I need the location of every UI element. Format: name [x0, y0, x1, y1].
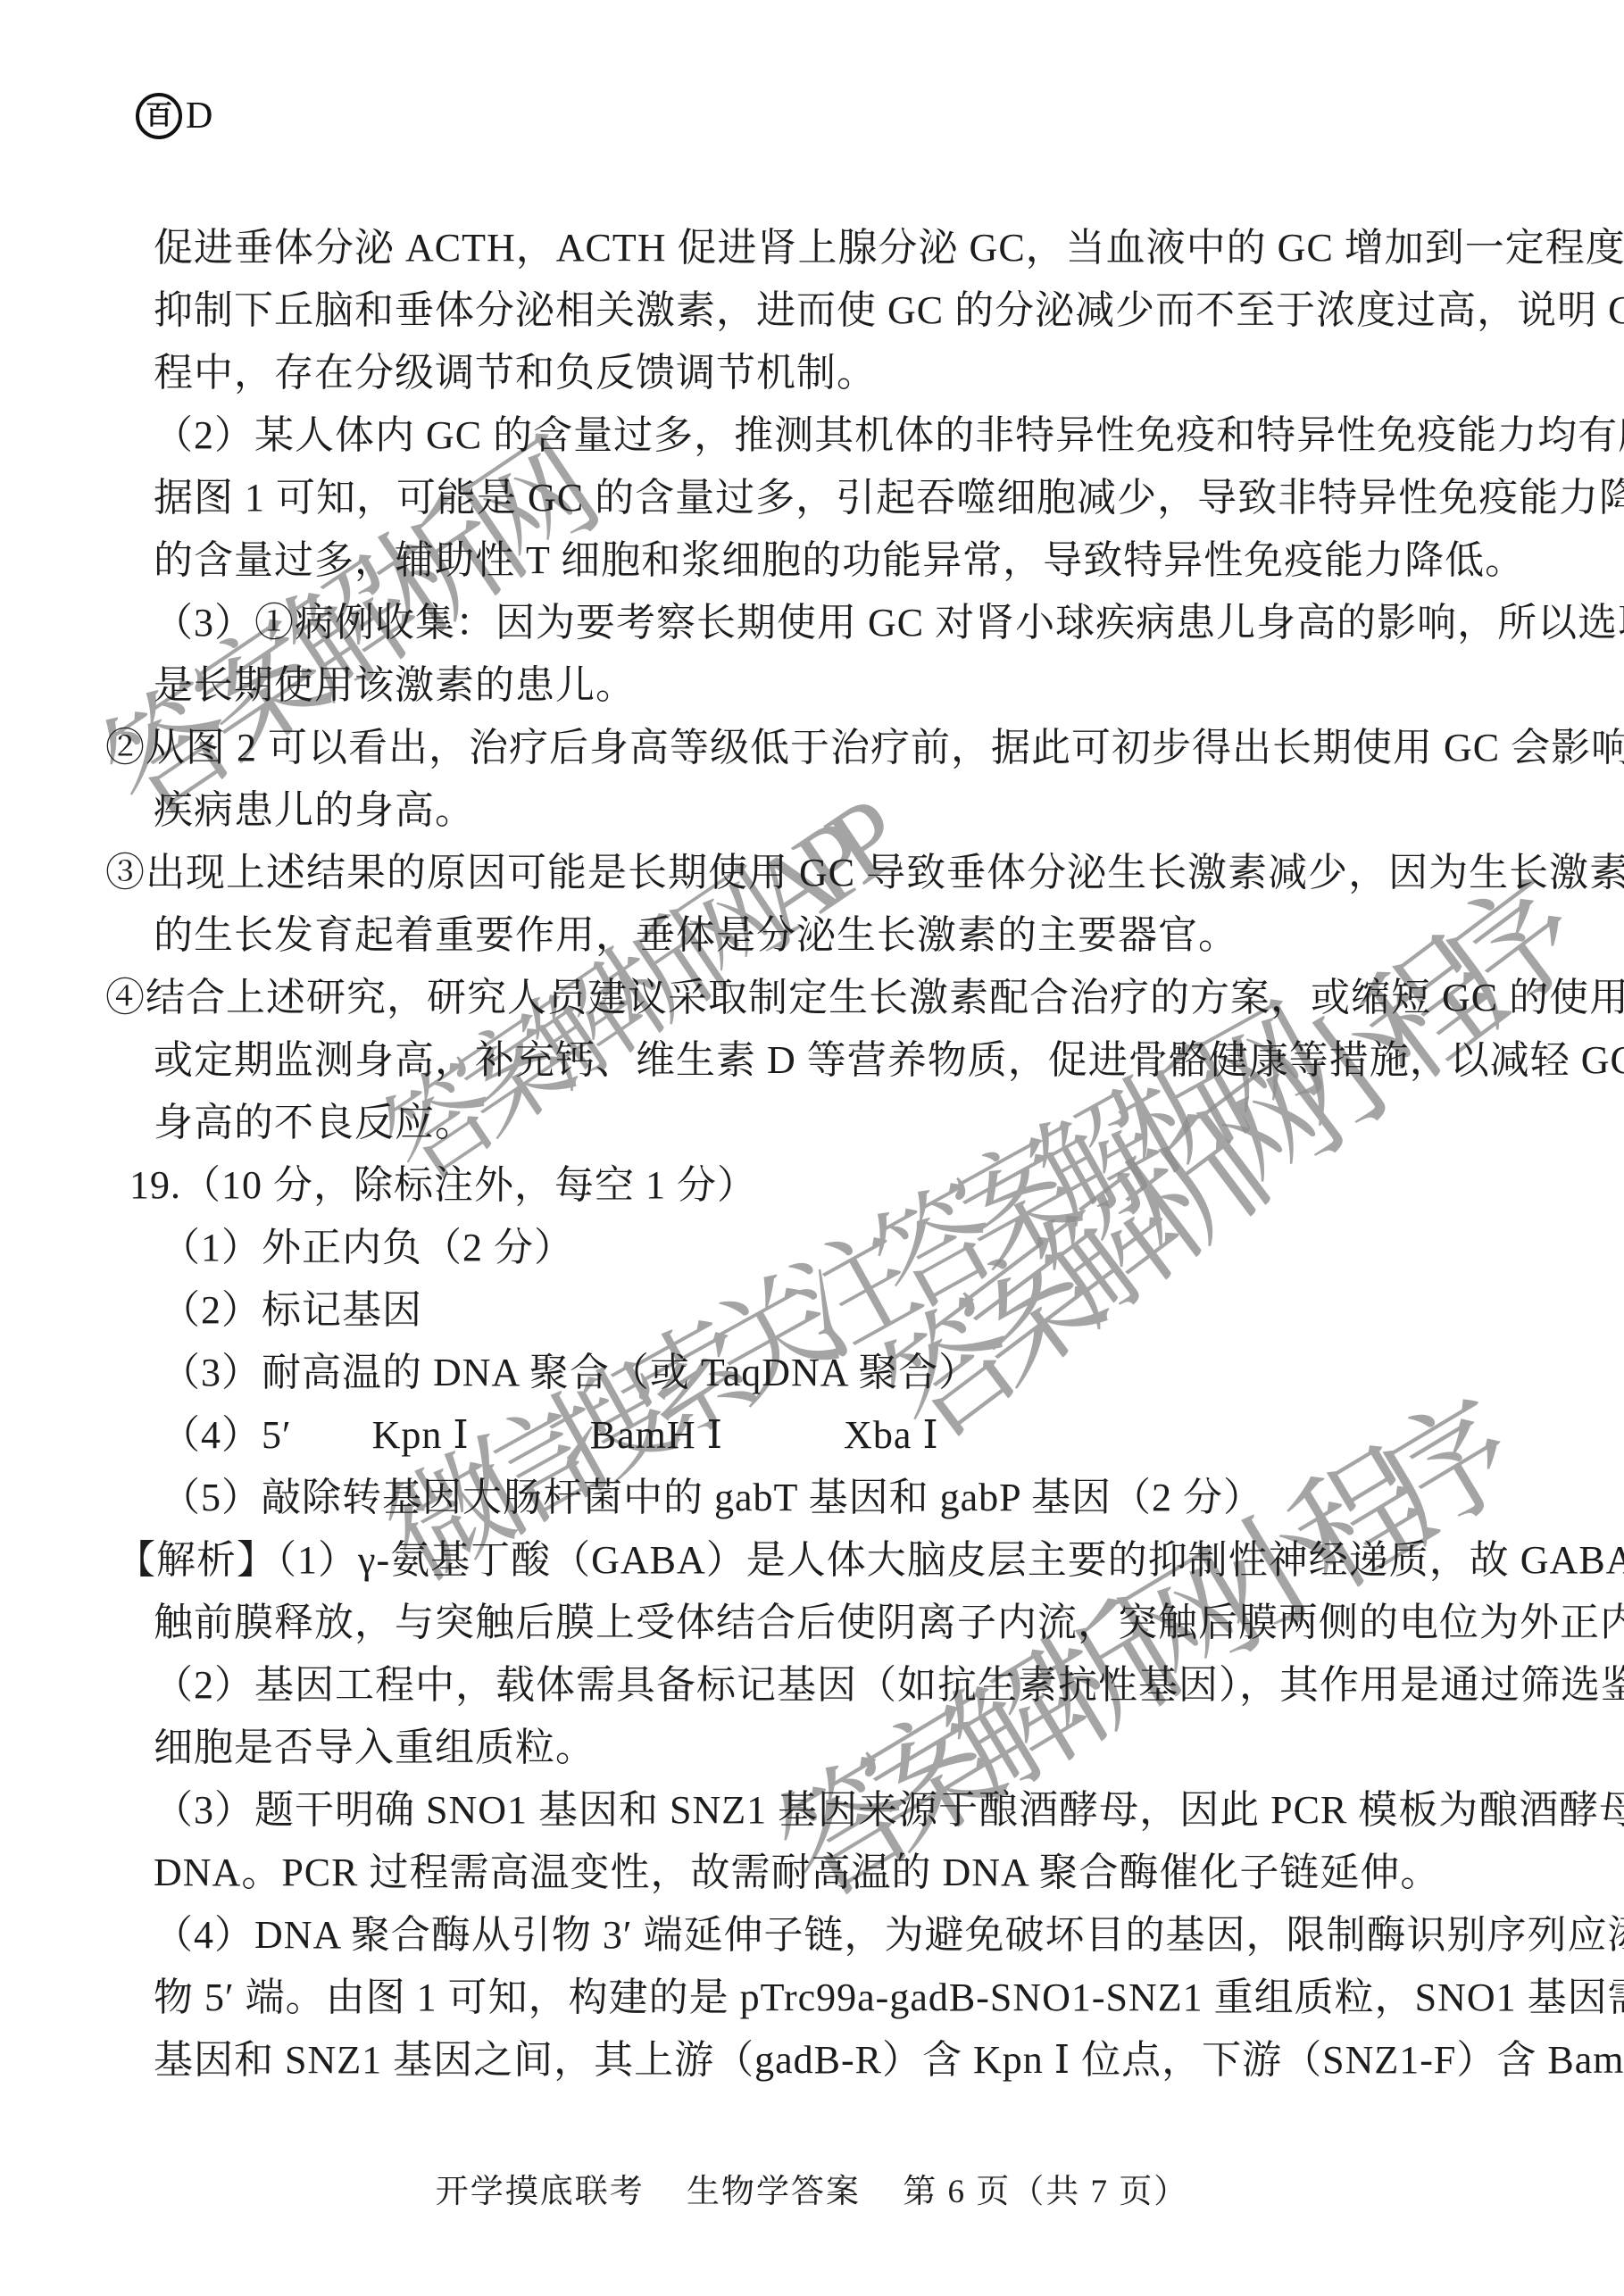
logo-label: D: [186, 97, 212, 135]
text-line: 细胞是否导入重组质粒。: [154, 1720, 595, 1776]
text-line: 触前膜释放，与突触后膜上受体结合后使阴离子内流，突触后膜两侧的电位为外正内负。: [154, 1595, 1624, 1651]
page-footer: 开学摸底联考 生物学答案 第 6 页（共 7 页）: [0, 2164, 1624, 2212]
text-line: 物 5′ 端。由图 1 可知，构建的是 pTrc99a-gadB-SNO1-SN…: [154, 1970, 1624, 2026]
text-line: 19.（10 分，除标注外，每空 1 分）: [129, 1158, 757, 1213]
footer-subject: 生物学答案: [687, 2174, 861, 2210]
text-line: （3）耐高温的 DNA 聚合（或 TaqDNA 聚合）: [161, 1345, 979, 1401]
footer-page-indicator: 第 6 页（共 7 页）: [903, 2174, 1188, 2210]
text-line: （3）①病例收集：因为要考察长期使用 GC 对肾小球疾病患儿身高的影响，所以选取…: [154, 595, 1624, 651]
text-line: （2）基因工程中，载体需具备标记基因（如抗生素抗性基因），其作用是通过筛选鉴别受…: [154, 1658, 1624, 1713]
text-line: 基因和 SNZ1 基因之间，其上游（gadB-R）含 Kpn Ⅰ 位点，下游（S…: [154, 2033, 1624, 2088]
text-line: 或定期监测身高，补充钙、维生素 D 等营养物质，促进骨骼健康等措施，以减轻 GC…: [154, 1033, 1624, 1088]
text-line: 抑制下丘脑和垂体分泌相关激素，进而使 GC 的分泌减少而不至于浓度过高，说明 G…: [154, 283, 1624, 338]
text-line: （2）标记基因: [161, 1283, 422, 1338]
text-line: ③出现上述结果的原因可能是长期使用 GC 导致垂体分泌生长激素减少，因为生长激素…: [105, 845, 1624, 901]
text-line: （1）外正内负（2 分）: [161, 1220, 574, 1276]
answer-sheet-page: 答案解析网答案解析网APP微信搜索关注答案解析网答案解析网小程序答案解析网小程序…: [0, 0, 1624, 2296]
answer-text-block: 促进垂体分泌 ACTH，ACTH 促进肾上腺分泌 GC，当血液中的 GC 增加到…: [0, 0, 1624, 2296]
text-line: 的含量过多，辅助性 T 细胞和浆细胞的功能异常，导致特异性免疫能力降低。: [154, 533, 1525, 588]
text-line: 的生长发育起着重要作用，垂体是分泌生长激素的主要器官。: [154, 908, 1238, 963]
text-line: 程中，存在分级调节和负反馈调节机制。: [154, 345, 877, 401]
text-line: （4）5′ Kpn Ⅰ BamH Ⅰ Xba Ⅰ: [161, 1408, 939, 1463]
text-line: 是长期使用该激素的患儿。: [154, 658, 636, 713]
logo-circle-icon: 百: [136, 93, 182, 139]
text-line: （5）敲除转基因大肠杆菌中的 gabT 基因和 gabP 基因（2 分）: [161, 1470, 1263, 1526]
text-line: （4）DNA 聚合酶从引物 3′ 端延伸子链，为避免破坏目的基因，限制酶识别序列…: [154, 1908, 1624, 1963]
text-line: ②从图 2 可以看出，治疗后身高等级低于治疗前，据此可初步得出长期使用 GC 会…: [105, 720, 1624, 776]
text-line: 【解析】（1）γ-氨基丁酸（GABA）是人体大脑皮层主要的抑制性神经递质，故 G…: [116, 1533, 1624, 1588]
text-line: （2）某人体内 GC 的含量过多，推测其机体的非特异性免疫和特异性免疫能力均有所…: [154, 408, 1624, 463]
text-line: 据图 1 可知，可能是 GC 的含量过多，引起吞噬细胞减少，导致非特异性免疫能力…: [154, 470, 1624, 526]
text-line: 疾病患儿的身高。: [154, 783, 475, 838]
footer-exam-name: 开学摸底联考: [436, 2174, 645, 2210]
text-line: 促进垂体分泌 ACTH，ACTH 促进肾上腺分泌 GC，当血液中的 GC 增加到…: [154, 220, 1624, 276]
text-line: DNA。PCR 过程需高温变性，故需耐高温的 DNA 聚合酶催化子链延伸。: [154, 1845, 1440, 1901]
text-line: （3）题干明确 SNO1 基因和 SNZ1 基因来源于酿酒酵母，因此 PCR 模…: [154, 1783, 1624, 1838]
baidu-doc-logo: 百 D: [136, 93, 212, 139]
text-line: ④结合上述研究，研究人员建议采取制定生长激素配合治疗的方案，或缩短 GC 的使用…: [105, 970, 1624, 1026]
text-line: 身高的不良反应。: [154, 1095, 475, 1151]
